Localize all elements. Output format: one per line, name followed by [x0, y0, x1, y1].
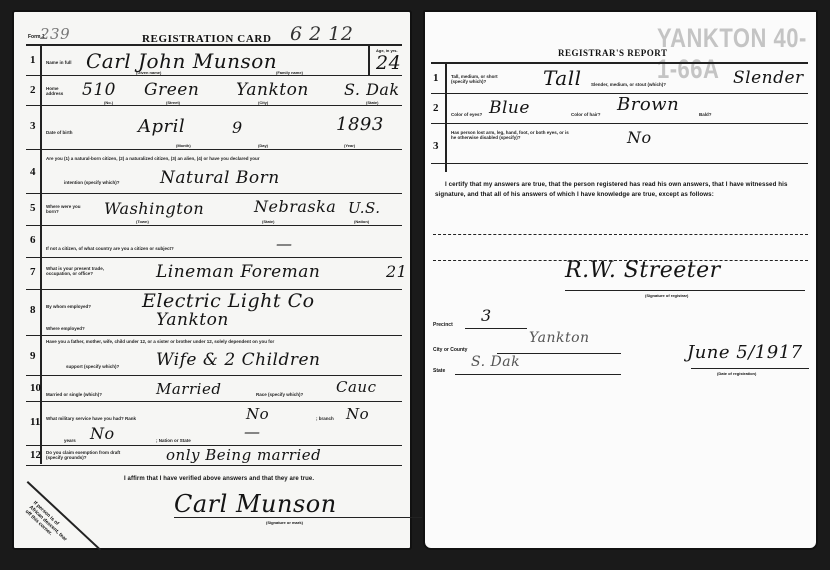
dependents-question: Have you a father, mother, wife, child u… [46, 339, 406, 344]
caption-nation: (Nation) [354, 219, 369, 224]
row-exemption: 12 Do you claim exemption from draft (sp… [26, 446, 402, 466]
row-number: 2 [30, 84, 36, 96]
name-value: Carl John Munson [86, 49, 277, 73]
registrars-report: YANKTON 40-1-66A REGISTRAR'S REPORT 1 Ta… [423, 10, 818, 550]
precinct-label: Precinct [433, 322, 453, 328]
birth-day: 9 [232, 118, 243, 137]
where-employed-label: Where employed? [46, 326, 85, 331]
certification-text: I certify that my answers are true, that… [435, 180, 810, 200]
tear-off-corner-note: If person is of African descent, tear of… [24, 500, 73, 547]
foreign-label: If not a citizen, of what country are yo… [46, 246, 174, 251]
birthplace-nation: U.S. [348, 199, 381, 217]
marital-label: Married or single (which)? [46, 392, 102, 397]
where-employed-value: Yankton [156, 310, 229, 330]
occupation-value: Lineman Foreman [156, 262, 320, 282]
birthplace-label: Where were you born? [46, 204, 86, 214]
registration-date-caption: (Date of registration) [717, 371, 756, 376]
signature-caption: (Signature or mark) [266, 520, 303, 525]
height-label: Tall, medium, or short (specify which)? [451, 74, 511, 84]
foreign-value: — [276, 234, 293, 253]
row-number: 12 [30, 449, 41, 461]
birth-label: Date of birth [46, 130, 73, 135]
row-number: 2 [433, 102, 439, 114]
row-number: 3 [30, 120, 36, 132]
state-value: S. Dak [471, 354, 520, 370]
caption-month: (Month) [176, 143, 191, 148]
employer-label: By whom employed? [46, 304, 91, 309]
height-value: Tall [543, 66, 582, 90]
caption-state: (State) [366, 100, 378, 105]
birth-month: April [138, 116, 185, 137]
row-number: 7 [30, 266, 36, 278]
registration-card-front: Form 1 239 REGISTRATION CARD 6 2 12 1 Na… [12, 10, 412, 550]
military-years-value: No [90, 424, 115, 443]
row-eyes-hair: 2 Color of eyes? Blue Color of hair? Bro… [431, 94, 808, 124]
row-height-build: 1 Tall, medium, or short (specify which)… [431, 64, 808, 94]
state-line [455, 374, 621, 375]
signature-line [174, 517, 422, 518]
birth-year: 1893 [336, 114, 384, 135]
row-number: 1 [433, 72, 439, 84]
exception-line-1 [433, 234, 808, 235]
address-number: 510 [82, 80, 116, 100]
row-number: 6 [30, 234, 36, 246]
form-number: 239 [40, 25, 70, 43]
occupation-extra: 21 [386, 262, 407, 281]
address-street: Green [144, 80, 199, 100]
card-header: Form 1 239 REGISTRATION CARD 6 2 12 [14, 20, 410, 46]
citizenship-question: Are you (1) a natural-born citizen, (2) … [46, 156, 406, 161]
birthplace-state: Nebraska [254, 197, 336, 216]
address-label: Home address [46, 86, 64, 96]
address-state: S. Dak [344, 80, 400, 99]
birthplace-town: Washington [104, 199, 204, 218]
bald-label: Bald? [699, 112, 712, 117]
row-number: 10 [30, 382, 41, 394]
military-nation-value: — [244, 422, 261, 441]
exemption-value: only Being married [166, 446, 321, 464]
citizenship-value: Natural Born [160, 168, 280, 188]
caption-no: (No.) [104, 100, 113, 105]
row-number: 4 [30, 166, 36, 178]
race-label: Race (specify which)? [256, 392, 303, 397]
row-birth-date: 3 Date of birth April 9 1893 (Month) (Da… [26, 106, 402, 150]
dependents-label: support (specify which)? [66, 364, 119, 369]
race-value: Cauc [336, 378, 376, 396]
hair-color-label: Color of hair? [571, 112, 601, 117]
registrar-signature-line [565, 290, 805, 291]
precinct-value: 3 [481, 306, 492, 325]
report-title: REGISTRAR'S REPORT [558, 48, 667, 58]
row-number: 3 [433, 140, 439, 152]
military-rank-value: No [246, 405, 269, 423]
row-foreign-citizenship: 6 If not a citizen, of what country are … [26, 226, 402, 258]
row-disabled: 3 Has person lost arm, leg, hand, foot, … [431, 124, 808, 164]
citizenship-label: intention (specify which)? [64, 180, 120, 185]
caption-given-name: (Given name) [136, 70, 161, 75]
row-number: 11 [30, 416, 40, 428]
row-military: 11 What military service have you had? R… [26, 402, 402, 446]
military-branch-label: ; branch [316, 416, 334, 421]
row-citizenship: 4 Are you (1) a natural-born citizen, (2… [26, 150, 402, 194]
row-number: 5 [30, 202, 36, 214]
affirmation-text: I affirm that I have verified above answ… [124, 476, 314, 482]
row-number: 8 [30, 304, 36, 316]
age-value: 24 [376, 52, 401, 74]
disabled-value: No [627, 128, 652, 147]
military-years-label: years [64, 438, 76, 443]
military-rank-label: What military service have you had? Rank [46, 416, 136, 421]
row-marital: 10 Married or single (which)? Married Ra… [26, 376, 402, 402]
precinct-line [465, 328, 527, 329]
row-name: 1 Name in full Carl John Munson (Given n… [26, 46, 402, 76]
military-nation-label: ; Nation or State [156, 438, 191, 443]
caption-year: (Year) [344, 143, 355, 148]
city-county-label: City or County [433, 347, 467, 353]
serial-number: 6 2 12 [290, 23, 353, 45]
row-occupation: 7 What is your present trade, occupation… [26, 258, 402, 290]
exemption-label: Do you claim exemption from draft (speci… [46, 450, 126, 460]
registration-date: June 5/1917 [687, 342, 803, 363]
registrar-signature: R.W. Streeter [565, 258, 721, 283]
row-number: 9 [30, 350, 36, 362]
caption-town: (Town) [136, 219, 149, 224]
build-label: Slender, medium, or stout (which)? [591, 82, 666, 87]
dependents-value: Wife & 2 Children [156, 350, 320, 370]
registration-date-line [691, 368, 809, 369]
age-box: Age, in yrs. 24 [368, 46, 402, 75]
row-dependents: 9 Have you a father, mother, wife, child… [26, 336, 402, 376]
occupation-label: What is your present trade, occupation, … [46, 266, 126, 276]
employer-value: Electric Light Co [142, 290, 315, 312]
row-number: 1 [30, 54, 36, 66]
row-birthplace: 5 Where were you born? Washington Nebras… [26, 194, 402, 226]
eye-color-value: Blue [489, 98, 530, 118]
caption-city: (City) [258, 100, 268, 105]
caption-state: (State) [262, 219, 274, 224]
registrant-signature: Carl Munson [174, 490, 337, 518]
build-value: Slender [733, 68, 804, 88]
caption-street: (Street) [166, 100, 180, 105]
row-employer: 8 By whom employed? Electric Light Co Wh… [26, 290, 402, 336]
marital-value: Married [156, 380, 221, 398]
caption-family-name: (Family name) [276, 70, 303, 75]
name-label: Name in full [46, 60, 72, 65]
row-address: 2 Home address 510 Green Yankton S. Dak … [26, 76, 402, 106]
military-branch-value: No [346, 405, 369, 423]
state-label: State [433, 368, 445, 374]
disabled-label: Has person lost arm, leg, hand, foot, or… [451, 130, 569, 140]
registrar-signature-caption: (Signature of registrar) [645, 293, 688, 298]
address-city: Yankton [236, 80, 309, 100]
eye-color-label: Color of eyes? [451, 112, 482, 117]
city-county-value: Yankton [529, 330, 590, 346]
caption-day: (Day) [258, 143, 268, 148]
hair-color-value: Brown [617, 94, 679, 115]
